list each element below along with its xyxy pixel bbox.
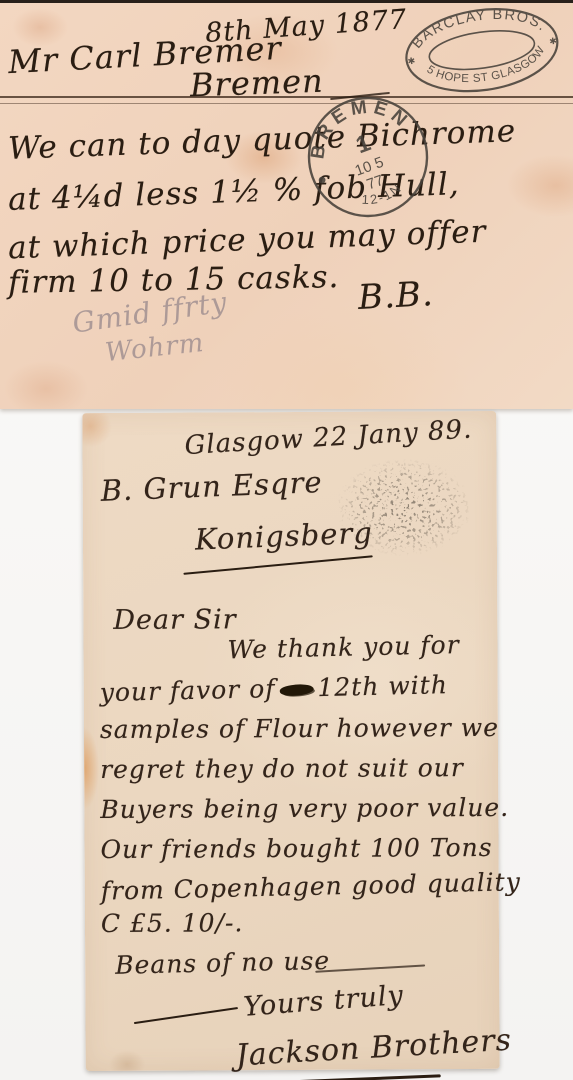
pen-flourish-2 — [315, 964, 425, 972]
postmark-number: 1 — [352, 129, 374, 159]
photo-of-postcards: 8th May 1877 BARCLAY BROS. 45 HOPE ST GL… — [0, 0, 573, 1080]
barclay-bros-oval-stamp: BARCLAY BROS. 45 HOPE ST GLASGOW ✱ ✱ — [398, 0, 568, 105]
sender-initials: B.B. — [357, 277, 434, 315]
stamp-ornament-left-icon: ✱ — [407, 56, 416, 67]
body-line-2: your favor of12th with — [99, 672, 448, 705]
pencil-note-line-2: Wohrm — [104, 330, 206, 366]
ink-blot — [279, 683, 314, 697]
recipient-city: Bremen — [189, 65, 324, 102]
recipient-name-2: B. Grun Esqre — [100, 468, 323, 506]
stamp-firm-name: BARCLAY BROS. — [406, 0, 552, 53]
svg-text:BARCLAY BROS.: BARCLAY BROS. — [406, 0, 552, 53]
body-line-6: Our friends bought 100 Tons — [101, 835, 493, 862]
closing-flourish — [134, 1007, 238, 1024]
dateline-glasgow: Glasgow 22 Jany 89. — [184, 417, 473, 460]
underline-flourish — [183, 555, 372, 575]
body-line-8: C £5. 10/-. — [101, 910, 244, 936]
body-line-1: We thank you for — [227, 632, 460, 662]
postcard-1889: Glasgow 22 Jany 89. B. Grun Esqre Konigs… — [82, 411, 499, 1071]
postmark-dot-icon — [318, 176, 327, 185]
closing: Yours truly — [243, 982, 405, 1021]
body-line-7: from Copenhagen good quality — [101, 869, 522, 904]
salutation: Dear Sir — [113, 606, 236, 634]
ruled-line-bottom — [0, 103, 573, 104]
recipient-city-2: Konigsberg — [194, 518, 373, 554]
signature: Jackson Brothers — [235, 1026, 513, 1072]
postcard-1877: 8th May 1877 BARCLAY BROS. 45 HOPE ST GL… — [0, 0, 573, 409]
body-line-9: Beans of no use — [115, 948, 331, 978]
signature-underline — [276, 1074, 441, 1080]
body-line-3: samples of Flour however we — [100, 715, 499, 742]
message-line-1: We can to day quote Bichrome — [8, 116, 517, 165]
body-line-5: Buyers being very poor value. — [100, 795, 509, 822]
body-line-4: regret they do not suit our — [100, 755, 464, 782]
stamp-ornament-right-icon: ✱ — [549, 36, 558, 47]
body-line-2b: 12th with — [317, 670, 448, 702]
body-line-2a: your favor of — [99, 674, 275, 707]
message-line-3: at which price you may offer — [8, 217, 487, 265]
